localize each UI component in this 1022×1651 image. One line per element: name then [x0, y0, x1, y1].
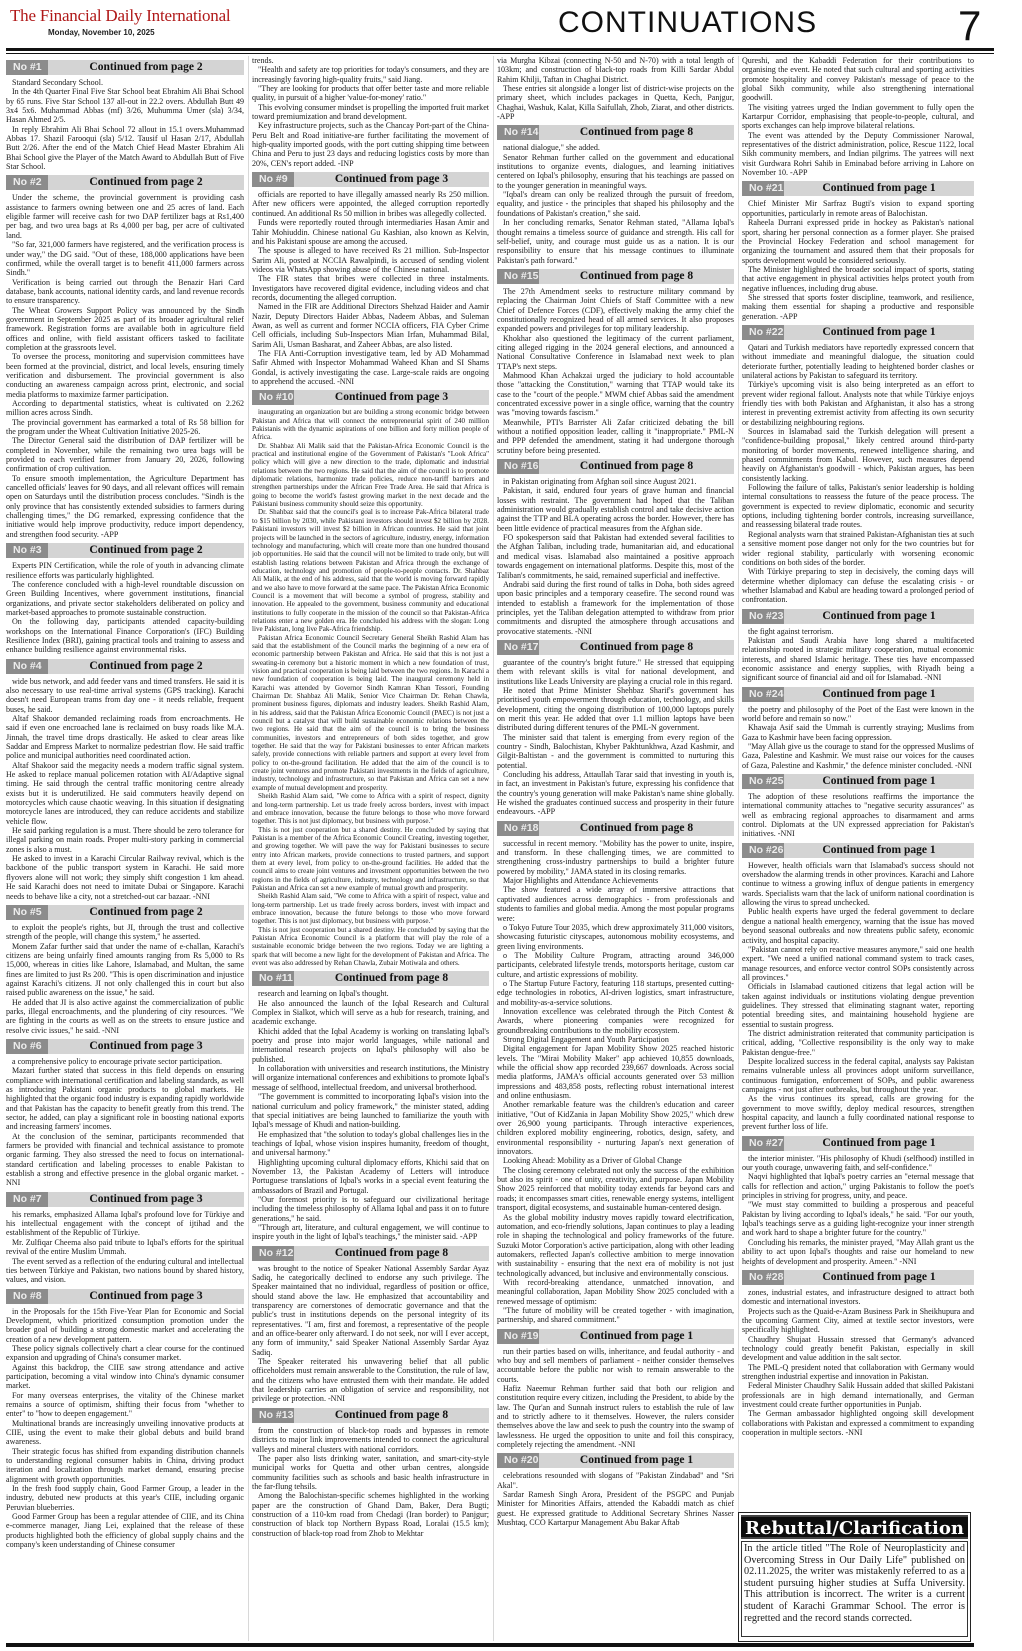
story-paragraph: Public health experts have urged the fed… [742, 907, 974, 944]
story-paragraph: He noted that Prime Minister Shehbaz Sha… [497, 686, 734, 733]
story-number-badge: No #18 [497, 821, 539, 836]
story-number-badge: No #5 [6, 905, 48, 920]
story-header: No #15Continued from page 8 [497, 269, 734, 284]
story: No #17Continued from page 8guarantee of … [497, 640, 734, 817]
continued-from-label: Continued from page 3 [48, 1289, 244, 1304]
story: trends."Health and safety are top priori… [252, 56, 489, 168]
story-paragraph: Another remarkable feature was the child… [497, 1100, 734, 1156]
story-paragraph: Officials in Islamabad cautioned citizen… [742, 982, 974, 1029]
story-paragraph: Altaf Shakoor demanded reclaiming roads … [6, 714, 244, 761]
continued-from-label: Continued from page 1 [539, 1453, 734, 1468]
continued-from-label: Continued from page 1 [784, 1270, 974, 1285]
page-number: 7 [958, 2, 981, 50]
story-paragraph: "Pakistan cannot rely on reactive measur… [742, 945, 974, 982]
story: No #6Continued from page 3a comprehensiv… [6, 1039, 244, 1188]
story-paragraph: The 27th Amendment seeks to restructure … [497, 287, 734, 334]
story-paragraph: Their strategic focus has shifted from e… [6, 1447, 244, 1484]
continued-from-label: Continued from page 1 [784, 1136, 974, 1151]
story-paragraph: Strong Digital Engagement and Youth Part… [497, 1035, 734, 1044]
story-paragraph: Monem Zafar further said that under the … [6, 942, 244, 998]
story-paragraph: his remarks, emphasized Allama Iqbal's p… [6, 1210, 244, 1238]
story-paragraph: Major Highlights and Attendance Achievem… [497, 876, 734, 885]
story-header: No #22Continued from page 1 [742, 325, 974, 340]
story-paragraph: to exploit the people's rights, but JI, … [6, 923, 244, 942]
story-paragraph: "We must stay committed to building a pr… [742, 1200, 974, 1237]
continued-from-label: Continued from page 2 [48, 659, 244, 674]
story-paragraph: the interior minister. "His philosophy o… [742, 1154, 974, 1173]
rebuttal-title: Rebuttal/Clarification [741, 1515, 968, 1539]
story-number-badge: No #24 [742, 687, 784, 702]
story: No #23Continued from page 1the fight aga… [742, 609, 974, 683]
story: No #2Continued from page 2Under the sche… [6, 175, 244, 539]
story-number-badge: No #19 [497, 1329, 539, 1344]
continued-from-label: Continued from page 3 [48, 1039, 244, 1054]
story-paragraph: o The Mobility Culture Program, attracti… [497, 951, 734, 979]
story-paragraph: In the 4th Quarter Final Five Star Schoo… [6, 87, 244, 124]
story: No #21Continued from page 1Chief Ministe… [742, 181, 974, 320]
masthead: The Financial Daily International Monday… [0, 0, 1000, 50]
story: No #3Continued from page 2Experts PIN Ce… [6, 543, 244, 654]
story-header: No #16Continued from page 8 [497, 459, 734, 474]
story-number-badge: No #10 [252, 390, 294, 405]
story-paragraph: FO spokesperson said that Pakistan had e… [497, 533, 734, 580]
story-paragraph: Pakistan, it said, endured four years of… [497, 486, 734, 533]
story-number-badge: No #13 [252, 1408, 294, 1423]
story-paragraph: Altaf Shakoor said the megacity needs a … [6, 761, 244, 826]
story: No #16Continued from page 8in Pakistan o… [497, 459, 734, 636]
story-paragraph: Chaudhry Shujaat Hussain stressed that G… [742, 1335, 974, 1363]
story-header: No #8Continued from page 3 [6, 1289, 244, 1304]
story-paragraph: The conference concluded with a high-lev… [6, 580, 244, 617]
story-paragraph: Qureshi, and the Kabaddi Federation for … [742, 56, 974, 103]
story-header: No #25Continued from page 1 [742, 774, 974, 789]
story-header: No #17Continued from page 8 [497, 640, 734, 655]
story: No #12Continued from page 8was brought t… [252, 1246, 489, 1404]
story-paragraph: Raheela Durrani expressed pride in hocke… [742, 218, 974, 265]
story-paragraph: Among the Balochistan-specific schemes h… [252, 1491, 489, 1538]
story: No #28Continued from page 1zones, indust… [742, 1270, 974, 1438]
story-paragraph: o The Startup Future Factory, featuring … [497, 979, 734, 1007]
continued-from-label: Continued from page 3 [48, 1192, 244, 1207]
story-paragraph: "Iqbal's dream can only be realized thro… [497, 190, 734, 218]
story-paragraph: Senator Rehman further called on the gov… [497, 153, 734, 190]
story-paragraph: zones, industrial estates, and infrastru… [742, 1288, 974, 1307]
column-4: Qureshi, and the Kabaddi Federation for … [742, 56, 974, 1641]
story-header: No #27Continued from page 1 [742, 1136, 974, 1151]
story-number-badge: No #7 [6, 1192, 48, 1207]
story-paragraph: The German ambassador highlighted ongoin… [742, 1409, 974, 1437]
story-paragraph: Khawaja Asif said the Ummah is currently… [742, 723, 974, 742]
rebuttal-body: In the article titled "The Role of Neuro… [741, 1541, 968, 1637]
story: No #22Continued from page 1Qatari and Tu… [742, 325, 974, 605]
story-number-badge: No #2 [6, 175, 48, 190]
story-paragraph: The Director General said the distributi… [6, 436, 244, 473]
story-paragraph: At the conclusion of the seminar, partic… [6, 1132, 244, 1188]
story-paragraph: In the fresh food supply chain, Good Far… [6, 1484, 244, 1512]
story-paragraph: Projects such as the Quaid-e-Azam Busine… [742, 1307, 974, 1335]
story-number-badge: No #4 [6, 659, 48, 674]
story: Qureshi, and the Kabaddi Federation for … [742, 56, 974, 177]
story-header: No #10Continued from page 3 [252, 390, 489, 405]
story-paragraph: Following the failure of talks, Pakistan… [742, 483, 974, 530]
story-paragraph: Chief Minister Mir Sarfraz Bugti's visio… [742, 199, 974, 218]
story-number-badge: No #25 [742, 774, 784, 789]
story-paragraph: The paper also lists drinking water, san… [252, 1454, 489, 1491]
story-number-badge: No #6 [6, 1039, 48, 1054]
continued-from-label: Continued from page 8 [294, 1246, 489, 1261]
story-header: No #2Continued from page 2 [6, 175, 244, 190]
story-paragraph: He added that JI is also active against … [6, 998, 244, 1035]
story-number-badge: No #17 [497, 640, 539, 655]
story-paragraph: Funds were reportedly routed through int… [252, 218, 489, 246]
story-paragraph: Türkiye's upcoming visit is also being i… [742, 380, 974, 427]
column-3: via Murgha Kibzai (connecting N-50 and N… [497, 56, 734, 1641]
story-number-badge: No #28 [742, 1270, 784, 1285]
story-paragraph: Dr. Shahbaz said that the council's goal… [252, 508, 489, 633]
story-paragraph: research and learning on Iqbal's thought… [252, 989, 489, 998]
story-paragraph: Experts PIN Certification, while the rol… [6, 561, 244, 580]
header-rule-divider [6, 48, 994, 54]
story-number-badge: No #12 [252, 1246, 294, 1261]
story-paragraph: Mazari further stated that success in th… [6, 1066, 244, 1131]
story-paragraph: was brought to the notice of Speaker Nat… [252, 1264, 489, 1357]
story-paragraph: However, health officials warn that Isla… [742, 861, 974, 908]
story-header: No #26Continued from page 1 [742, 843, 974, 858]
issue-date: Monday, November 10, 2025 [48, 28, 155, 37]
story-paragraph: The show featured a wide array of immers… [497, 885, 734, 922]
column-2: trends."Health and safety are top priori… [252, 56, 489, 1641]
story-paragraph: To oversee the process, monitoring and s… [6, 352, 244, 399]
story: No #25Continued from page 1The adoption … [742, 774, 974, 839]
footer-rule-divider [6, 1643, 974, 1647]
story-paragraph: The minister said that talent is emergin… [497, 733, 734, 770]
story-paragraph: Mahmood Khan Achakzai urged the judiciar… [497, 371, 734, 418]
story: via Murgha Kibzai (connecting N-50 and N… [497, 56, 734, 121]
continued-from-label: Continued from page 1 [784, 843, 974, 858]
story-paragraph: Concluding his address, Attaullah Tarar … [497, 770, 734, 817]
story-paragraph: Sheikh Rashid Alam said, "We come to Afr… [252, 892, 489, 925]
story-paragraph: Qatari and Turkish mediators have report… [742, 343, 974, 380]
story-paragraph: run their parties based on wills, inheri… [497, 1347, 734, 1384]
story: No #18Continued from page 8successful in… [497, 821, 734, 1325]
story-header: No #21Continued from page 1 [742, 181, 974, 196]
story-paragraph: Khokhar also questioned the legitimacy o… [497, 334, 734, 371]
story-paragraph: inaugurating an organization but are bui… [252, 408, 489, 441]
story-paragraph: The Wheat Growers Support Policy was ann… [6, 306, 244, 353]
story-header: No #23Continued from page 1 [742, 609, 974, 624]
continued-from-label: Continued from page 1 [784, 325, 974, 340]
continued-from-label: Continued from page 8 [539, 269, 734, 284]
story-paragraph: The Minister highlighted the broader soc… [742, 265, 974, 293]
story-number-badge: No #15 [497, 269, 539, 284]
story-paragraph: Under the scheme, the provincial governm… [6, 193, 244, 240]
story-paragraph: For many overseas enterprises, the vital… [6, 1391, 244, 1419]
column-1: No #1Continued from page 2Standard Secon… [6, 56, 244, 1641]
story-paragraph: Hafiz Naeemur Rehman further said that b… [497, 1384, 734, 1449]
continued-from-label: Continued from page 1 [784, 609, 974, 624]
story-paragraph: The FIR states that bribes were collecte… [252, 274, 489, 302]
paper-name: The Financial Daily International [10, 6, 230, 26]
story-paragraph: On the following day, participants atten… [6, 617, 244, 654]
story-number-badge: No #22 [742, 325, 784, 340]
story-paragraph: The district administration reiterated t… [742, 1029, 974, 1057]
story-paragraph: Meanwhile, PTI's Barrister Ali Zafar cri… [497, 418, 734, 455]
story-paragraph: He asked to invest in a Karachi Circular… [6, 854, 244, 901]
story-paragraph: Key infrastructure projects, such as the… [252, 121, 489, 168]
story-header: No #1Continued from page 2 [6, 60, 244, 75]
story-paragraph: The Speaker reiterated his unwavering be… [252, 1357, 489, 1404]
story-paragraph: Pakistan and Saudi Arabia have long shar… [742, 636, 974, 683]
story-paragraph: The adoption of these resolutions reaffi… [742, 792, 974, 839]
story-paragraph: Looking Ahead: Mobility as a Driver of G… [497, 1156, 734, 1165]
story-paragraph: Mr. Zulfiqar Cheema also paid tribute to… [6, 1238, 244, 1257]
story-paragraph: national dialogue," she added. [497, 143, 734, 152]
story-number-badge: No #26 [742, 843, 784, 858]
story-paragraph: He emphasized that "the solution to toda… [252, 1130, 489, 1158]
story-paragraph: Naqvi highlighted that Iqbal's poetry ca… [742, 1172, 974, 1200]
story-header: No #18Continued from page 8 [497, 821, 734, 836]
story-header: No #12Continued from page 8 [252, 1246, 489, 1261]
story-header: No #3Continued from page 2 [6, 543, 244, 558]
story: No #11Continued from page 8research and … [252, 971, 489, 1241]
story: No #4Continued from page 2wide bus netwo… [6, 659, 244, 901]
story-paragraph: Sources in Islamabad said the Turkish de… [742, 427, 974, 483]
story-number-badge: No #8 [6, 1289, 48, 1304]
column-divider [738, 56, 739, 1641]
story-paragraph: She stressed that sports foster discipli… [742, 293, 974, 321]
story: No #26Continued from page 1However, heal… [742, 843, 974, 1132]
story-header: No #14Continued from page 8 [497, 125, 734, 140]
story-paragraph: officials are reported to have illegally… [252, 190, 489, 218]
story-paragraph: Dr. Shahbaz Ali Malik said that the Paki… [252, 442, 489, 509]
story: No #10Continued from page 3inaugurating … [252, 390, 489, 967]
story: No #19Continued from page 1run their par… [497, 1329, 734, 1450]
story-paragraph: successful in recent memory. "Mobility h… [497, 839, 734, 876]
story-paragraph: Sheikh Rashid Alam said, "We come to Afr… [252, 792, 489, 825]
story-paragraph: Standard Secondary School. [6, 78, 244, 87]
story-paragraph: Sardar Ramesh Singh Arora, President of … [497, 1490, 734, 1527]
story-paragraph: "May Allah give us the courage to stand … [742, 742, 974, 770]
story-paragraph: To ensure smooth implementation, the Agr… [6, 474, 244, 539]
story-paragraph: In collaboration with universities and r… [252, 1064, 489, 1092]
story: No #7Continued from page 3his remarks, e… [6, 1192, 244, 1285]
story-paragraph: He also announced the launch of the Iqba… [252, 999, 489, 1027]
continued-from-label: Continued from page 1 [784, 181, 974, 196]
story-number-badge: No #27 [742, 1136, 784, 1151]
story-paragraph: Despite localized success in the federal… [742, 1057, 974, 1094]
story-paragraph: The provincial government has earmarked … [6, 418, 244, 437]
story-paragraph: Verification is being carried out throug… [6, 278, 244, 306]
story-header: No #19Continued from page 1 [497, 1329, 734, 1344]
story-paragraph: "Our foremost priority is to safeguard o… [252, 1195, 489, 1223]
story-paragraph: The closing ceremony celebrated not only… [497, 1166, 734, 1213]
continued-from-label: Continued from page 8 [294, 971, 489, 986]
story-number-badge: No #9 [252, 172, 294, 187]
story-paragraph: from the construction of black-top roads… [252, 1426, 489, 1454]
story-number-badge: No #1 [6, 60, 48, 75]
story-paragraph: Andrabi said during the first round of t… [497, 580, 734, 636]
story: No #15Continued from page 8The 27th Amen… [497, 269, 734, 455]
story-header: No #7Continued from page 3 [6, 1192, 244, 1207]
story-header: No #6Continued from page 3 [6, 1039, 244, 1054]
story-header: No #20Continued from page 1 [497, 1453, 734, 1468]
continued-from-label: Continued from page 8 [294, 1408, 489, 1423]
story-number-badge: No #11 [252, 971, 294, 986]
continued-from-label: Continued from page 1 [784, 774, 974, 789]
story-number-badge: No #14 [497, 125, 539, 140]
continued-from-label: Continued from page 2 [48, 905, 244, 920]
story: No #1Continued from page 2Standard Secon… [6, 60, 244, 171]
story-number-badge: No #20 [497, 1453, 539, 1468]
story-paragraph: "The future of mobility will be created … [497, 1306, 734, 1325]
story-paragraph: As the global mobility industry moves ra… [497, 1213, 734, 1278]
story-paragraph: Multinational brands are increasingly un… [6, 1419, 244, 1447]
story: No #20Continued from page 1celebrations … [497, 1453, 734, 1527]
story-paragraph: The visiting yatrees urged the Indian go… [742, 103, 974, 131]
story-paragraph: guarantee of the country's bright future… [497, 658, 734, 686]
story-paragraph: Innovation excellence was celebrated thr… [497, 1007, 734, 1035]
story-number-badge: No #21 [742, 181, 784, 196]
continued-from-label: Continued from page 8 [539, 459, 734, 474]
story-paragraph: Against this backdrop, the CIIE saw stro… [6, 1363, 244, 1391]
story-paragraph: The spouse is alleged to have received R… [252, 246, 489, 274]
column-divider [248, 56, 249, 1641]
story-paragraph: in Pakistan originating from Afghan soil… [497, 477, 734, 486]
story: No #5Continued from page 2to exploit the… [6, 905, 244, 1035]
continued-from-label: Continued from page 1 [784, 687, 974, 702]
continued-from-label: Continued from page 2 [48, 543, 244, 558]
story: No #8Continued from page 3in the Proposa… [6, 1289, 244, 1550]
story-paragraph: This is not just cooperation but a share… [252, 826, 489, 893]
story-paragraph: The event was attended by the Deputy Com… [742, 131, 974, 178]
story-header: No #11Continued from page 8 [252, 971, 489, 986]
story-paragraph: With Türkiye preparing to step in decisi… [742, 567, 974, 604]
story-paragraph: "The government is committed to incorpor… [252, 1092, 489, 1129]
story-paragraph: "Health and safety are top priorities fo… [252, 65, 489, 84]
story-number-badge: No #3 [6, 543, 48, 558]
continued-from-label: Continued from page 2 [48, 60, 244, 75]
story-paragraph: In her concluding remarks, Senator Rehma… [497, 218, 734, 265]
story-header: No #28Continued from page 1 [742, 1270, 974, 1285]
story-paragraph: Federal Minister Chaudhry Salik Hussain … [742, 1381, 974, 1409]
continued-from-label: Continued from page 1 [539, 1329, 734, 1344]
story-paragraph: trends. [252, 56, 489, 65]
story-paragraph: These entries sit alongside a longer lis… [497, 84, 734, 121]
story-paragraph: According to departmental statistics, wh… [6, 399, 244, 418]
story-paragraph: The event served as a reflection of the … [6, 1257, 244, 1285]
story-paragraph: Highlighting upcoming cultural diplomacy… [252, 1158, 489, 1195]
story-paragraph: The FIA Anti-Corruption investigative te… [252, 349, 489, 386]
story-number-badge: No #16 [497, 459, 539, 474]
story: No #24Continued from page 1the poetry an… [742, 687, 974, 770]
story-paragraph: This is not just cooperation but a share… [252, 926, 489, 968]
story-paragraph: "They are looking for products that offe… [252, 84, 489, 103]
story-number-badge: No #23 [742, 609, 784, 624]
story-paragraph: Regional analysts warn that strained Pak… [742, 530, 974, 567]
story: No #13Continued from page 8from the cons… [252, 1408, 489, 1538]
story-paragraph: Concluding his remarks, the minister pra… [742, 1238, 974, 1266]
story-paragraph: In reply Ebrahim Ali Bhai School 72 allo… [6, 125, 244, 172]
story-header: No #13Continued from page 8 [252, 1408, 489, 1423]
story: No #27Continued from page 1the interior … [742, 1136, 974, 1266]
rebuttal-clarification-box: Rebuttal/Clarification In the article ti… [738, 1512, 971, 1642]
story-paragraph: Digital engagement for Japan Mobility Sh… [497, 1044, 734, 1100]
story-paragraph: "So far, 321,000 farmers have registered… [6, 240, 244, 277]
story-paragraph: Good Farmer Group has been a regular att… [6, 1512, 244, 1549]
story-paragraph: the fight against terrorism. [742, 627, 974, 636]
story: No #9Continued from page 3officials are … [252, 172, 489, 386]
continued-from-label: Continued from page 2 [48, 175, 244, 190]
story-paragraph: o Tokyo Future Tour 2035, which drew app… [497, 923, 734, 951]
story-paragraph: He said parking regulation is a must. Th… [6, 826, 244, 854]
continued-from-label: Continued from page 8 [539, 125, 734, 140]
story-paragraph: With record-breaking attendance, unmatch… [497, 1278, 734, 1306]
section-title: CONTINUATIONS [558, 6, 817, 40]
story-paragraph: These policy signals collectively chart … [6, 1344, 244, 1363]
story-paragraph: "Through art, literature, and cultural e… [252, 1223, 489, 1242]
story-paragraph: This evolving consumer mindset is propel… [252, 103, 489, 122]
story-paragraph: Khichi added that the Iqbal Academy is w… [252, 1027, 489, 1064]
story: No #14Continued from page 8national dial… [497, 125, 734, 264]
continued-from-label: Continued from page 3 [294, 172, 489, 187]
story-header: No #24Continued from page 1 [742, 687, 974, 702]
column-divider [493, 56, 494, 1641]
story-paragraph: As the virus continues its spread, calls… [742, 1094, 974, 1131]
story-paragraph: The PML-Q president noted that collabora… [742, 1363, 974, 1382]
story-paragraph: celebrations resounded with slogans of "… [497, 1471, 734, 1490]
story-paragraph: wide bus network, and add feeder vans an… [6, 677, 244, 714]
story-paragraph: the poetry and philosophy of the Poet of… [742, 705, 974, 724]
story-paragraph: Named in the FIR are Additional Director… [252, 302, 489, 349]
continued-from-label: Continued from page 8 [539, 821, 734, 836]
story-paragraph: a comprehensive policy to encourage priv… [6, 1057, 244, 1066]
story-header: No #9Continued from page 3 [252, 172, 489, 187]
story-paragraph: Pakistan Africa Economic Council Secreta… [252, 634, 489, 793]
story-paragraph: via Murgha Kibzai (connecting N-50 and N… [497, 56, 734, 84]
story-paragraph: in the Proposals for the 15th Five-Year … [6, 1307, 244, 1344]
story-header: No #5Continued from page 2 [6, 905, 244, 920]
story-header: No #4Continued from page 2 [6, 659, 244, 674]
continued-from-label: Continued from page 3 [294, 390, 489, 405]
continued-from-label: Continued from page 8 [539, 640, 734, 655]
